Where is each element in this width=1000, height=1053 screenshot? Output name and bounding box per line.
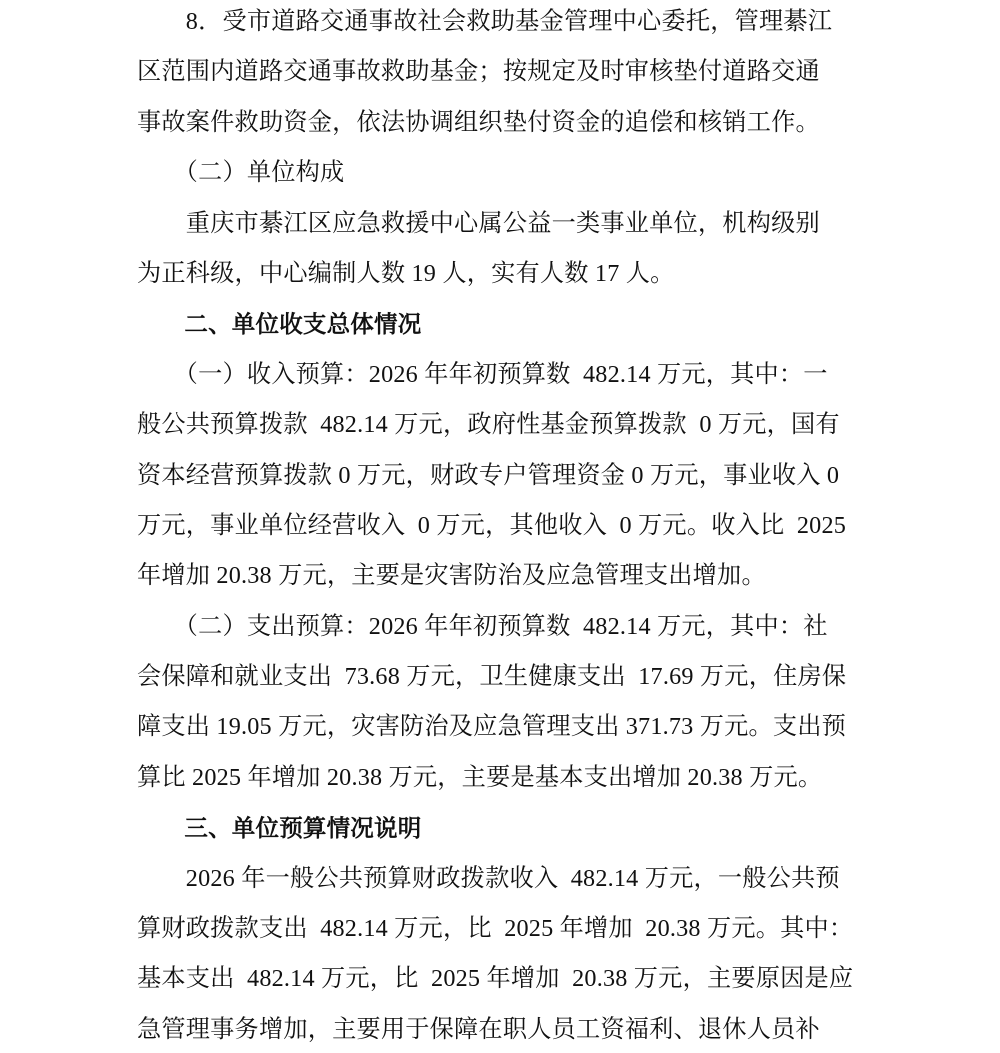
text-line: 区范围内道路交通事故救助基金；按规定及时审核垫付道路交通 — [137, 47, 877, 97]
paragraph-unit-composition: 重庆市綦江区应急救援中心属公益一类事业单位，机构级别 为正科级，中心编制人数 1… — [137, 199, 877, 300]
text-line: 年增加 20.38 万元，主要是灾害防治及应急管理支出增加。 — [137, 551, 877, 601]
text-line: 为正科级，中心编制人数 19 人，实有人数 17 人。 — [137, 249, 877, 299]
text-line: 2026 年一般公共预算财政拨款收入 482.14 万元，一般公共预 — [137, 854, 877, 904]
text-line: 障支出 19.05 万元，灾害防治及应急管理支出 371.73 万元。支出预 — [137, 702, 877, 752]
text-line: 万元，事业单位经营收入 0 万元，其他收入 0 万元。收入比 2025 — [137, 501, 877, 551]
paragraph-expenditure-budget: （二）支出预算：2026 年年初预算数 482.14 万元，其中：社 会保障和就… — [137, 602, 877, 804]
paragraph-income-budget: （一）收入预算：2026 年年初预算数 482.14 万元，其中：一 般公共预算… — [137, 350, 877, 602]
text-line: 资本经营预算拨款 0 万元，财政专户管理资金 0 万元，事业收入 0 — [137, 451, 877, 501]
document-page: 8．受市道路交通事故社会救助基金管理中心委托，管理綦江 区范围内道路交通事故救助… — [137, 0, 877, 1053]
heading-budget-explanation: 三、单位预算情况说明 — [137, 803, 877, 853]
text-line: 急管理事务增加，主要用于保障在职人员工资福利、退休人员补 — [137, 1005, 877, 1053]
text-line: 基本支出 482.14 万元，比 2025 年增加 20.38 万元，主要原因是… — [137, 954, 877, 1004]
text-line: 会保障和就业支出 73.68 万元，卫生健康支出 17.69 万元，住房保 — [137, 652, 877, 702]
text-line: 算比 2025 年增加 20.38 万元，主要是基本支出增加 20.38 万元。 — [137, 753, 877, 803]
paragraph-item-8: 8．受市道路交通事故社会救助基金管理中心委托，管理綦江 区范围内道路交通事故救助… — [137, 0, 877, 148]
text-line: （一）收入预算：2026 年年初预算数 482.14 万元，其中：一 — [137, 350, 877, 400]
subheading-unit-composition: （二）单位构成 — [137, 148, 877, 198]
text-line: 算财政拨款支出 482.14 万元，比 2025 年增加 20.38 万元。其中… — [137, 904, 877, 954]
heading-overall-income-expenditure: 二、单位收支总体情况 — [137, 299, 877, 349]
paragraph-budget-explanation: 2026 年一般公共预算财政拨款收入 482.14 万元，一般公共预 算财政拨款… — [137, 854, 877, 1053]
text-line: 重庆市綦江区应急救援中心属公益一类事业单位，机构级别 — [137, 199, 877, 249]
text-line: （二）支出预算：2026 年年初预算数 482.14 万元，其中：社 — [137, 602, 877, 652]
text-line: 般公共预算拨款 482.14 万元，政府性基金预算拨款 0 万元，国有 — [137, 400, 877, 450]
text-line: 8．受市道路交通事故社会救助基金管理中心委托，管理綦江 — [137, 0, 877, 47]
text-line: 事故案件救助资金，依法协调组织垫付资金的追偿和核销工作。 — [137, 98, 877, 148]
